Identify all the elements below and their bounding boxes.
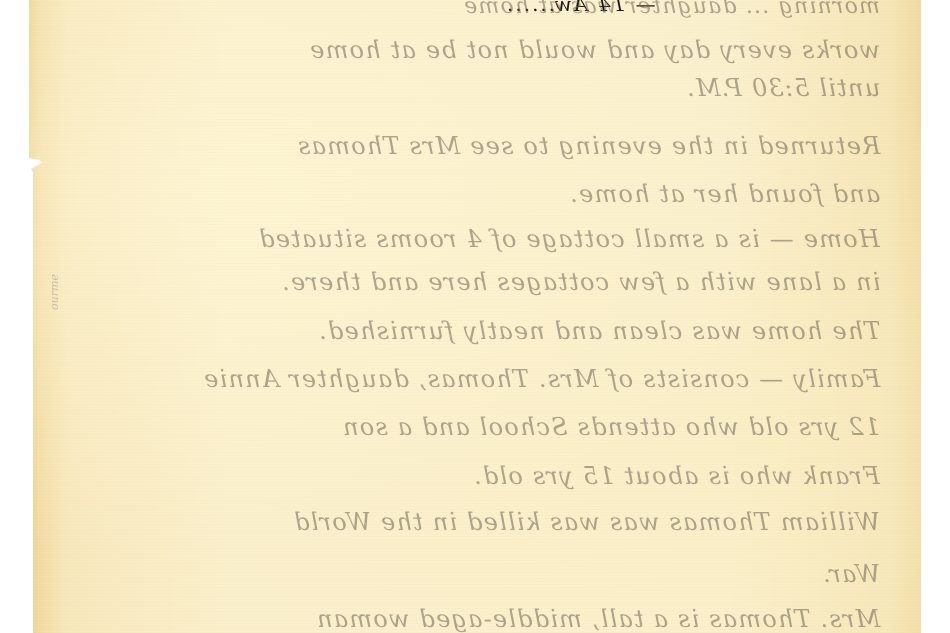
handwritten-line: works every day and would not be at home (309, 36, 880, 64)
handwritten-line: until 5:30 P.M. (686, 74, 880, 102)
handwritten-line: The home was clean and neatly furnished. (318, 317, 880, 345)
handwritten-line: in a lane with a few cottages here and t… (281, 268, 880, 296)
margin-note: ourme (48, 200, 78, 310)
handwritten-line: morning ... daughter was at home (463, 0, 880, 19)
handwritten-line: Frank who is about 15 yrs old. (473, 462, 880, 490)
handwritten-line: Home — is a small cottage of 4 rooms sit… (258, 225, 880, 253)
handwritten-line: William Thomas was was killed in the Wor… (293, 508, 880, 536)
document-scan: ourme — 14 Aw...... morning ... daughter… (0, 0, 950, 633)
handwritten-line: War. (822, 560, 880, 588)
handwritten-line: and found her at home. (569, 180, 880, 208)
handwritten-line: 12 yrs old who attends School and a son (342, 413, 880, 441)
handwritten-line: Returned in the evening to see Mrs Thoma… (297, 132, 880, 160)
handwritten-line: Mrs. Thomas is a tall, middle-aged woman (316, 605, 880, 633)
handwritten-line: Family — consists of Mrs. Thomas, daught… (203, 365, 880, 393)
